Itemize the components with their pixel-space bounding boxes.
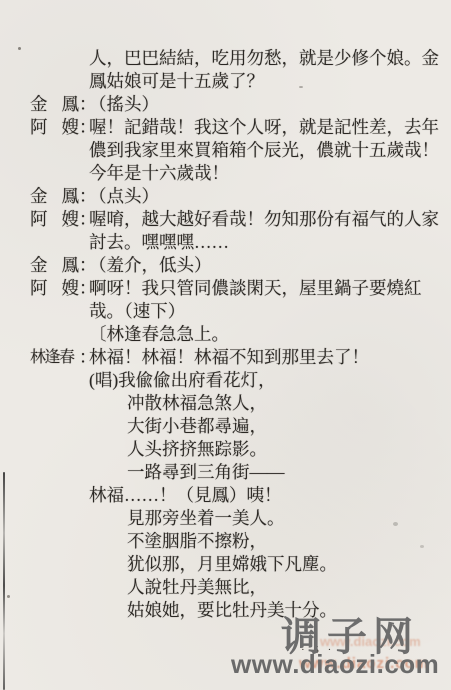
watermark-site-url: www.diaozi.com	[231, 649, 439, 680]
script-line: 大街小巷都尋遍，	[0, 415, 451, 438]
script-line: 見那旁坐着一美人。	[0, 507, 451, 530]
line-text: 林福……！（見鳳）咦！	[89, 485, 282, 505]
line-text: 啊呀！我只管同儂談閑天，屋里鍋子要燒紅	[89, 277, 451, 300]
script-line: (唱)我偸偸出府看花灯，	[0, 369, 451, 392]
speaker-name: 阿嫂：	[30, 116, 89, 139]
script-line: 〔林逢春急急上。	[0, 323, 451, 346]
speaker-name: 金鳳：	[30, 93, 89, 116]
line-text: 大街小巷都尋遍，	[127, 416, 267, 436]
script-line: 阿嫂：啊呀！我只管同儂談閑天，屋里鍋子要燒紅	[0, 277, 451, 300]
scan-speck	[18, 47, 21, 50]
script-line: 人說牡丹美無比，	[0, 576, 451, 599]
line-text: 人，巴巴結結，吃用勿愁，就是少修个娘。金	[89, 48, 439, 68]
script-text-block: 人，巴巴結結，吃用勿愁，就是少修个娘。金鳳姑娘可是十五歲了？金鳳：（搖头）阿嫂：…	[0, 47, 451, 622]
line-text: (唱)我偸偸出府看花灯，	[89, 370, 276, 390]
line-text: 人說牡丹美無比，	[127, 577, 267, 597]
script-line: 一路尋到三角街——	[0, 461, 451, 484]
script-line: 犹似那，月里嫦娥下凡塵。	[0, 553, 451, 576]
script-line: 冲散林福急煞人，	[0, 392, 451, 415]
speaker-name: 金鳳：	[30, 254, 89, 277]
line-text: 鳳姑娘可是十五歲了？	[89, 71, 264, 91]
line-text: （羞介，低头）	[89, 254, 451, 277]
script-line: 鳳姑娘可是十五歲了？	[0, 70, 451, 93]
script-line: 哉。（速下）	[0, 300, 451, 323]
line-text: （点头）	[89, 185, 451, 208]
line-text: 哉。（速下）	[89, 301, 185, 321]
line-text: 儂到我家里來買箱箱个辰光，儂就十五歲哉！	[89, 140, 439, 160]
line-text: 林福！林福！林福不知到那里去了！	[89, 346, 451, 369]
line-text: 人头挤挤無踪影。	[127, 439, 267, 459]
line-text: 不塗胭脂不擦粉，	[127, 531, 267, 551]
script-line: 今年是十六歲哉！	[0, 162, 451, 185]
script-line: 阿嫂：喔唷，越大越好看哉！勿知那份有福气的人家	[0, 208, 451, 231]
line-text: 冲散林福急煞人，	[127, 393, 267, 413]
script-line: 林逢春：林福！林福！林福不知到那里去了！	[0, 346, 451, 369]
line-text: （搖头）	[89, 93, 451, 116]
script-line: 林福……！（見鳳）咦！	[0, 484, 451, 507]
speaker-name: 金鳳：	[30, 185, 89, 208]
line-text: 喔！記錯哉！我这个人呀，就是記性差，去年	[89, 116, 451, 139]
scan-speck	[299, 86, 303, 88]
line-text: 犹似那，月里嫦娥下凡塵。	[127, 554, 337, 574]
line-text: 今年是十六歲哉！	[89, 163, 229, 183]
speaker-name: 阿嫂：	[30, 208, 89, 231]
scanned-script-page: 人，巴巴結結，吃用勿愁，就是少修个娘。金鳳姑娘可是十五歲了？金鳳：（搖头）阿嫂：…	[0, 0, 451, 690]
line-text: 喔唷，越大越好看哉！勿知那份有福气的人家	[89, 208, 451, 231]
script-line: 金鳳：（搖头）	[0, 93, 451, 116]
script-line: 金鳳：（羞介，低头）	[0, 254, 451, 277]
script-line: 不塗胭脂不擦粉，	[0, 530, 451, 553]
speaker-name: 阿嫂：	[30, 277, 89, 300]
script-line: 阿嫂：喔！記錯哉！我这个人呀，就是記性差，去年	[0, 116, 451, 139]
script-line: 儂到我家里來買箱箱个辰光，儂就十五歲哉！	[0, 139, 451, 162]
script-line: 人头挤挤無踪影。	[0, 438, 451, 461]
script-line: 人，巴巴結結，吃用勿愁，就是少修个娘。金	[0, 47, 451, 70]
line-text: 討去。嘿嘿嘿……	[89, 232, 229, 252]
script-line: 金鳳：（点头）	[0, 185, 451, 208]
scan-speck	[420, 545, 424, 548]
line-text: 〔林逢春急急上。	[89, 324, 229, 344]
scan-speck	[7, 595, 10, 598]
line-text: 一路尋到三角街——	[127, 462, 285, 482]
scan-edge-artifact	[3, 472, 5, 690]
script-line: 討去。嘿嘿嘿……	[0, 231, 451, 254]
line-text: 見那旁坐着一美人。	[127, 508, 285, 528]
speaker-name: 林逢春：	[30, 346, 89, 369]
scan-speck	[393, 522, 398, 526]
